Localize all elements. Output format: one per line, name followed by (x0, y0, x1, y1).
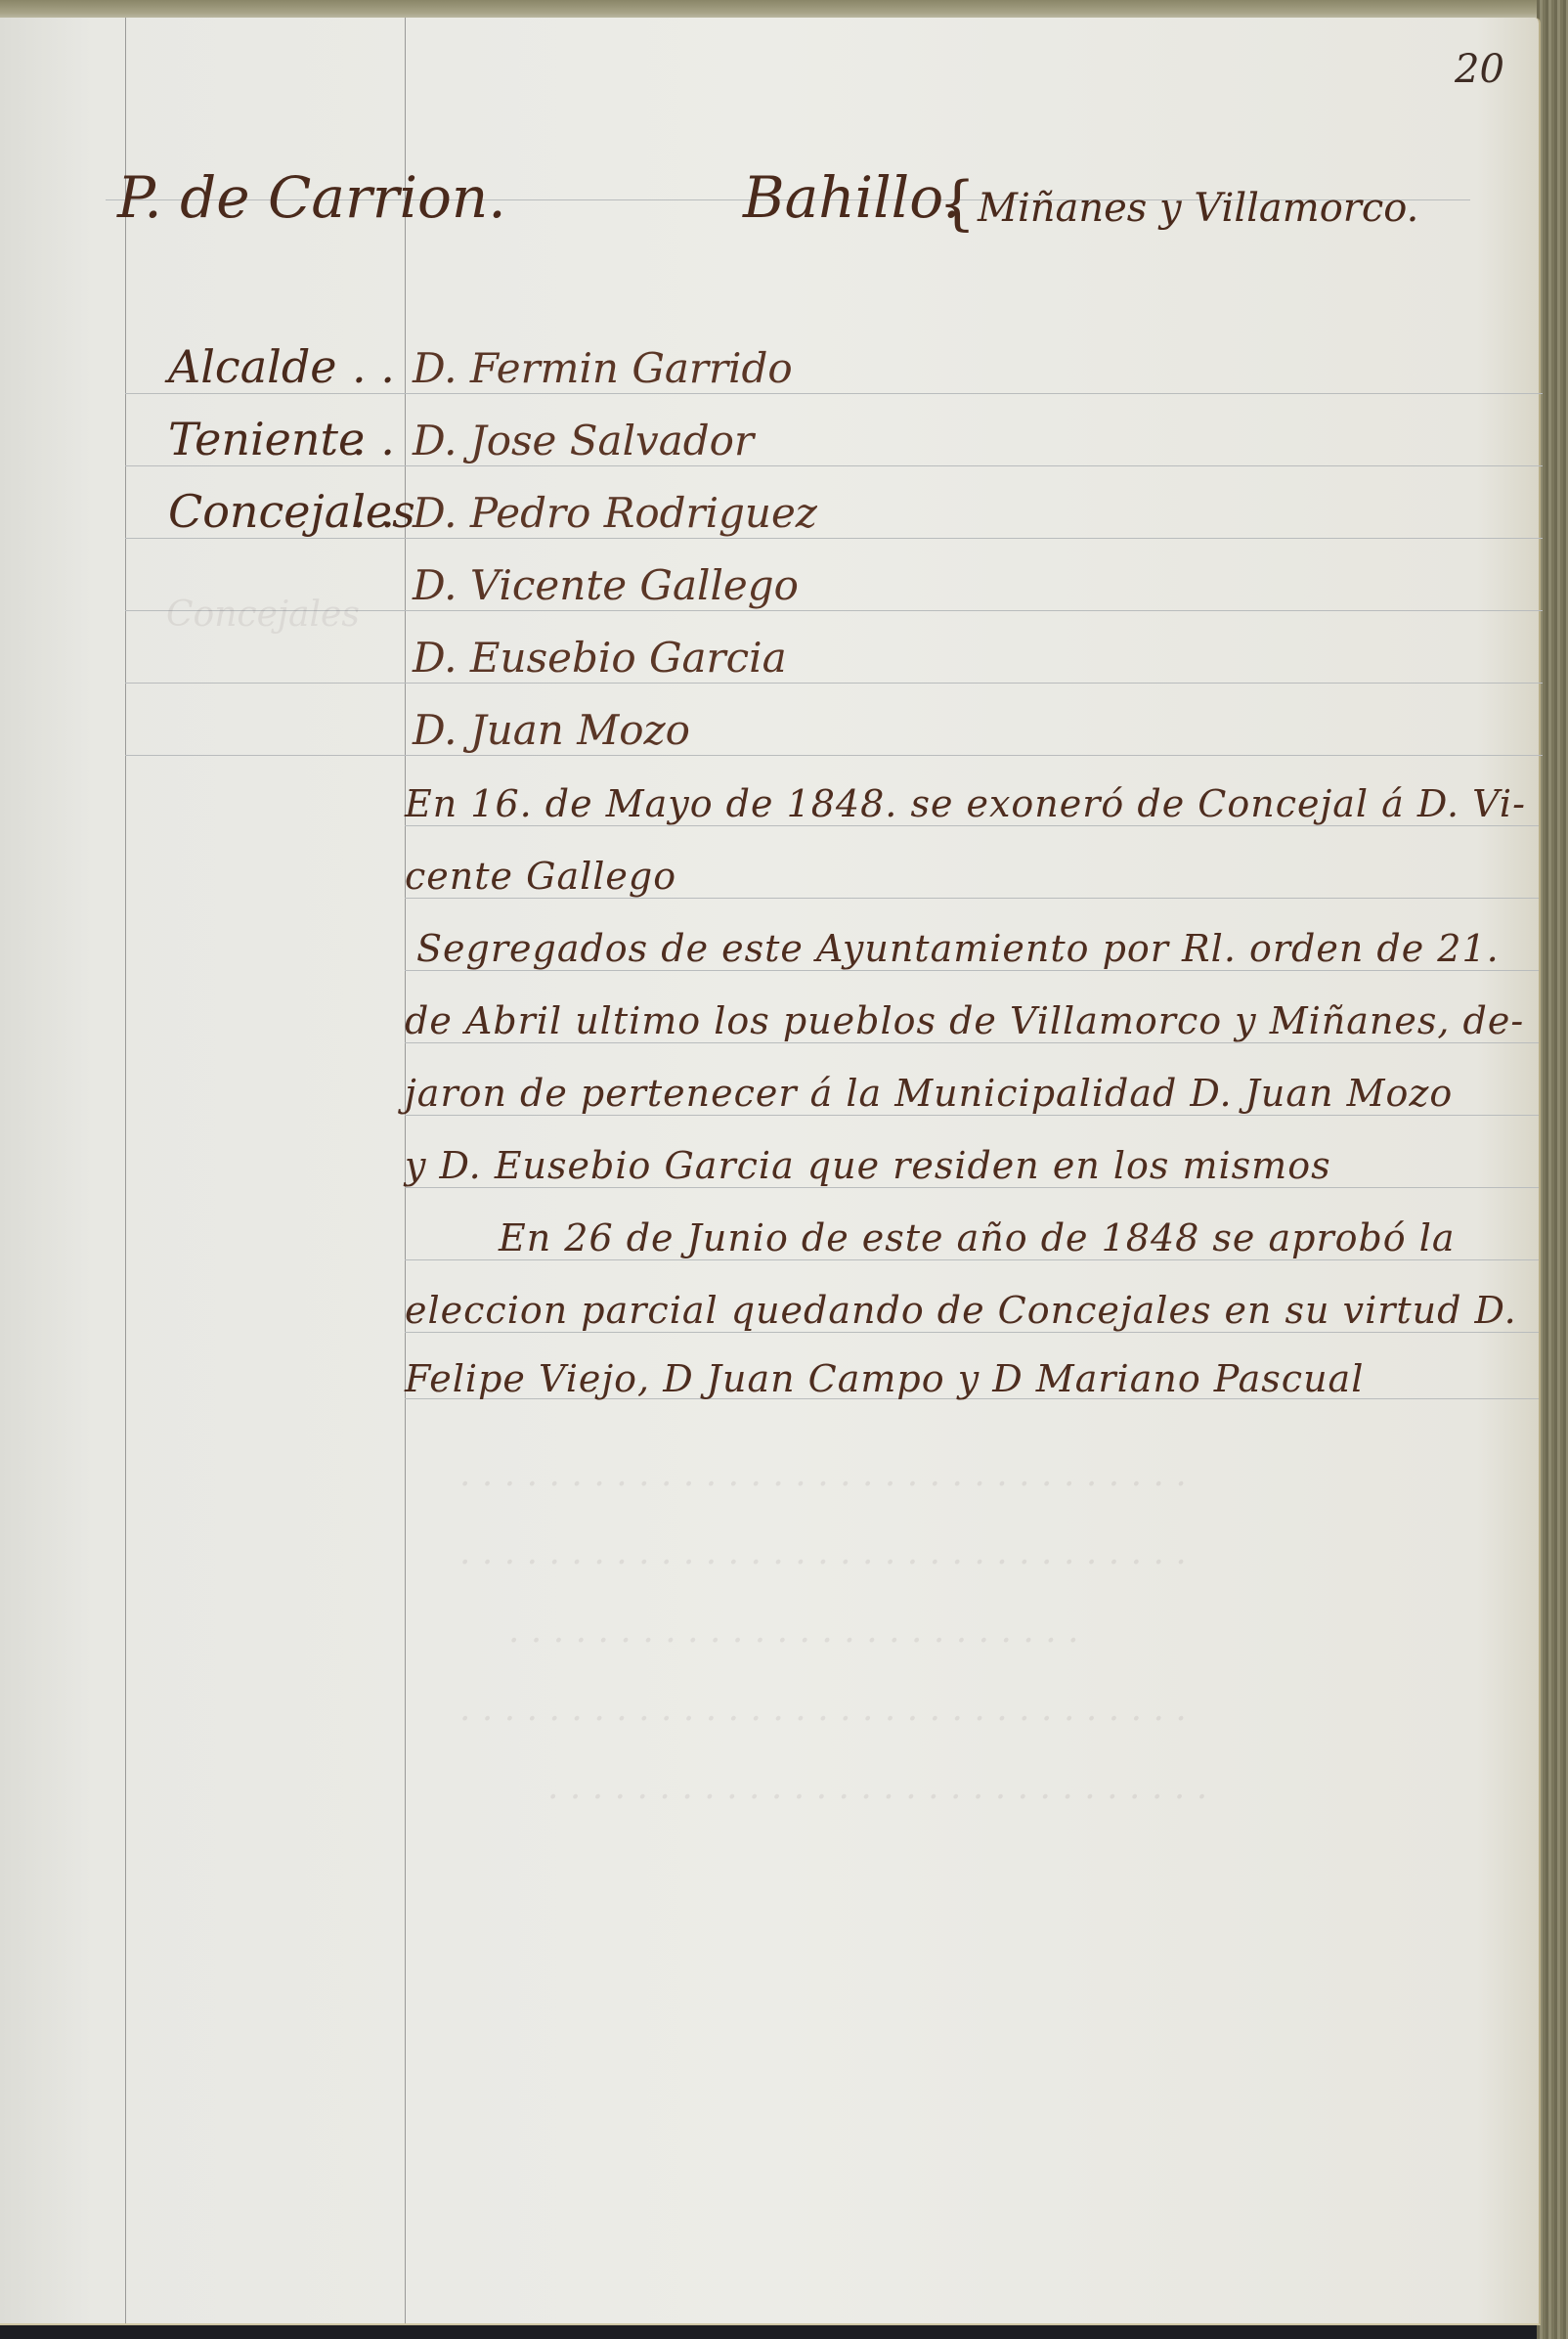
ruled-line (405, 1042, 1539, 1043)
ruled-line (405, 970, 1539, 971)
folio-number: 20 (1455, 47, 1504, 92)
note-line: jaron de pertenecer á la Municipalidad D… (405, 1072, 1453, 1115)
official-name: D. Vicente Gallego (413, 561, 799, 609)
note-line: Segregados de este Ayuntamiento por Rl. … (416, 927, 1500, 970)
bleed-through-text: · · · · · · · · · · · · · · · · · · · · … (459, 1699, 1187, 1740)
bleed-through-text: · · · · · · · · · · · · · · · · · · · · … (547, 1778, 1207, 1818)
ruled-line (405, 898, 1539, 899)
bleed-through-text: Concejales (166, 595, 360, 635)
note-line: eleccion parcial quedando de Concejales … (405, 1289, 1517, 1332)
ruled-line (405, 1115, 1539, 1116)
official-name: D. Pedro Rodriguez (413, 489, 817, 537)
brace-symbol: { (938, 169, 976, 238)
ruled-line (405, 825, 1539, 826)
ruled-line (125, 755, 1543, 756)
left-margin-line (125, 18, 126, 2323)
bleed-through-text: · · · · · · · · · · · · · · · · · · · · … (459, 1543, 1187, 1583)
ruled-line (125, 465, 1543, 466)
ruled-line (405, 1332, 1539, 1333)
ruled-line (125, 538, 1543, 539)
role-label: Teniente (168, 413, 365, 465)
note-line: En 16. de Mayo de 1848. se exoneró de Co… (405, 782, 1526, 825)
note-line: de Abril ultimo los pueblos de Villamorc… (405, 999, 1524, 1042)
bleed-through-text: · · · · · · · · · · · · · · · · · · · · … (459, 1465, 1187, 1505)
note-line: Felipe Viejo, D Juan Campo y D Mariano P… (405, 1357, 1364, 1400)
ruled-line (405, 1187, 1539, 1188)
ruled-line (125, 393, 1543, 394)
ledger-page: Concejales · · · · · · · · · · · · · · ·… (0, 18, 1541, 2325)
dot-leader: . . (352, 413, 395, 465)
official-name: D. Juan Mozo (413, 706, 690, 754)
book-page-edges (1537, 0, 1568, 2339)
municipality-heading: Bahillo. (743, 164, 961, 231)
official-name: D. Jose Salvador (413, 417, 754, 464)
role-label: Alcalde (168, 340, 337, 393)
note-line: En 26 de Junio de este año de 1848 se ap… (499, 1216, 1456, 1259)
note-line: cente Gallego (405, 855, 676, 898)
dot-leader: . . (352, 485, 395, 538)
official-name: D. Eusebio Garcia (413, 634, 787, 682)
dot-leader: . . (352, 340, 395, 393)
ruled-line (125, 683, 1543, 684)
official-name: D. Fermin Garrido (413, 344, 793, 392)
district-heading: P. de Carrion. (117, 164, 506, 231)
annexes-heading: Miñanes y Villamorco. (978, 186, 1418, 231)
bleed-through-text: · · · · · · · · · · · · · · · · · · · · … (508, 1621, 1079, 1661)
ruled-line (405, 1259, 1539, 1260)
note-line: y D. Eusebio Garcia que residen en los m… (405, 1144, 1331, 1187)
